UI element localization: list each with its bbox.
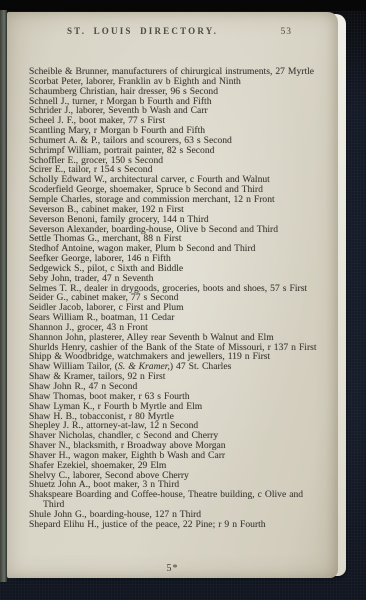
signature-mark: 5* <box>7 563 338 574</box>
page-number: 53 <box>281 27 293 37</box>
page-title: ST. LOUIS DIRECTORY. <box>7 26 278 36</box>
entry-text: Shakspeare Boarding and Coffee-house, Th… <box>29 489 303 510</box>
scanned-book-photo: ST. LOUIS DIRECTORY. 53 Scheible & Brunn… <box>0 0 366 600</box>
entry-list: Scheible & Brunner, manufacturers of chi… <box>29 67 324 530</box>
entry-text: ) 47 St. Charles <box>170 361 232 372</box>
directory-page: ST. LOUIS DIRECTORY. 53 Scheible & Brunn… <box>7 12 338 578</box>
entry-text: Shepard Elihu H., justice of the peace, … <box>29 519 266 530</box>
directory-entry: Shakspeare Boarding and Coffee-house, Th… <box>29 490 324 510</box>
book-cover-top-edge <box>0 0 366 11</box>
book-binding-left-edge <box>0 10 7 582</box>
page-header: ST. LOUIS DIRECTORY. 53 <box>7 26 338 40</box>
directory-entry: Shepard Elihu H., justice of the peace, … <box>29 520 324 530</box>
